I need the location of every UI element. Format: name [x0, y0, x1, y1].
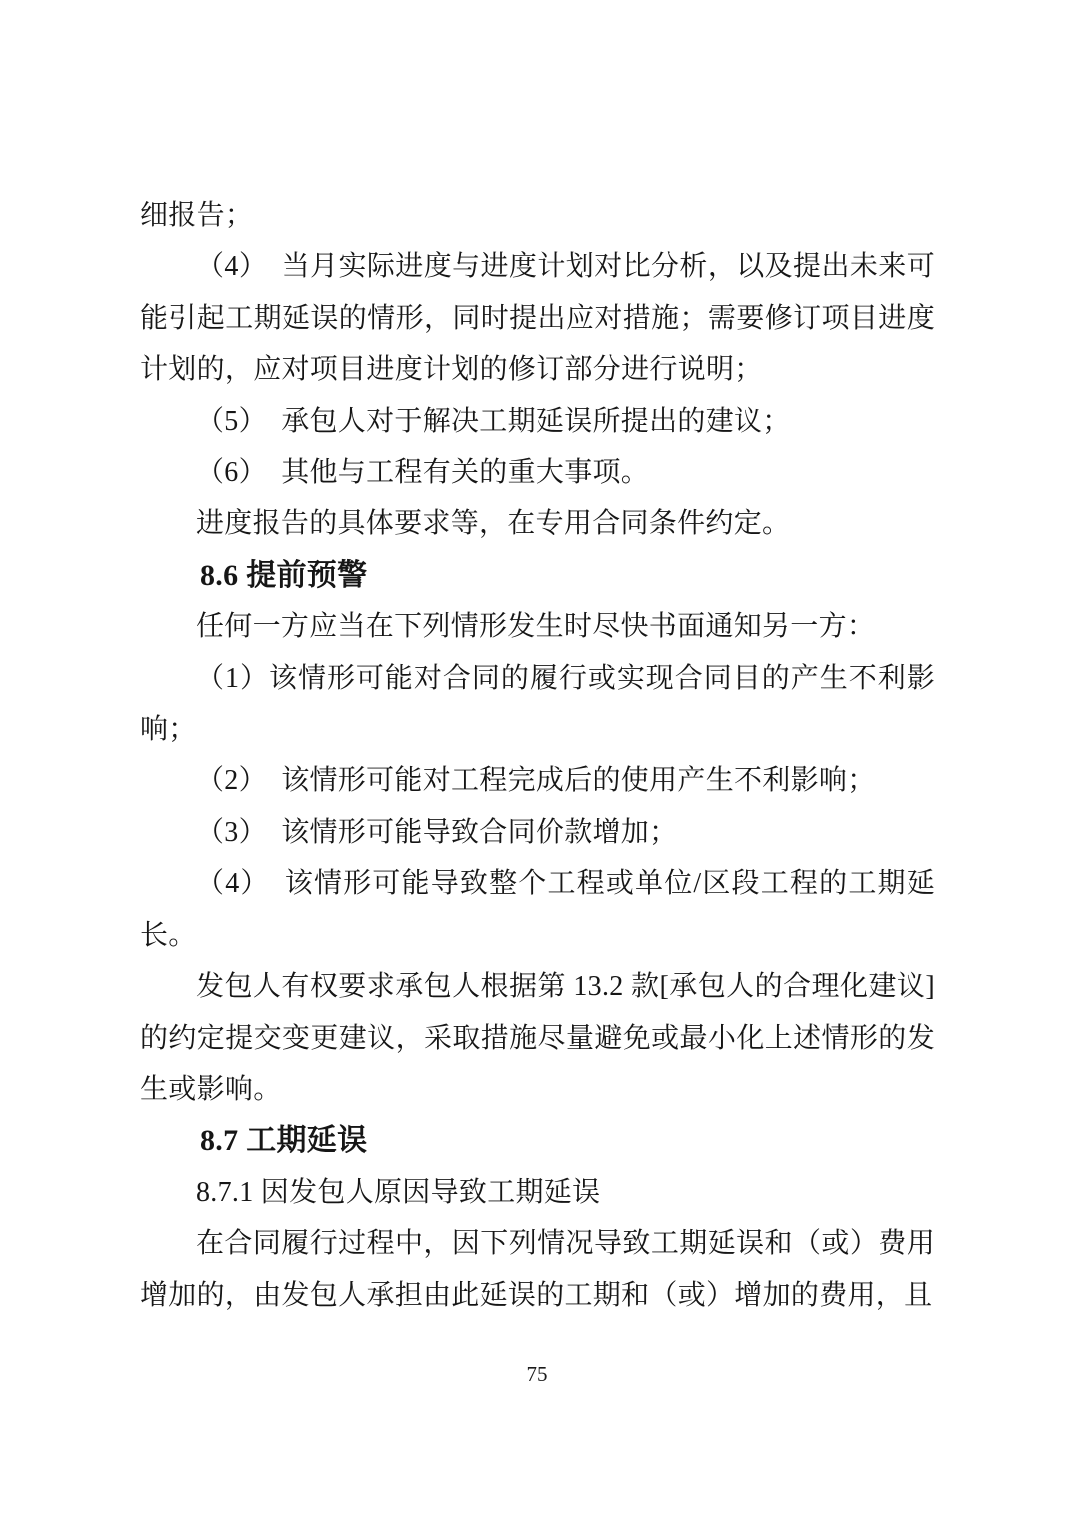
para-progress-report-note: 进度报告的具体要求等，在专用合同条件约定。: [140, 498, 935, 549]
subsection-heading-8-7-1: 8.7.1 因发包人原因导致工期延误: [140, 1167, 935, 1218]
para-progress-item-4: （4） 当月实际进度与进度计划对比分析，以及提出未来可能引起工期延误的情形，同时…: [140, 241, 935, 395]
para-detailed-report-tail: 细报告；: [140, 190, 935, 241]
para-progress-item-6: （6） 其他与工程有关的重大事项。: [140, 447, 935, 498]
para-warning-item-3: （3） 该情形可能导致合同价款增加；: [140, 807, 935, 858]
section-heading-8-7: 8.7 工期延误: [140, 1115, 935, 1166]
section-heading-8-6: 8.6 提前预警: [140, 550, 935, 601]
para-early-warning-intro: 任何一方应当在下列情形发生时尽快书面通知另一方：: [140, 601, 935, 652]
page-number: 75: [0, 1362, 1074, 1387]
para-warning-item-2: （2） 该情形可能对工程完成后的使用产生不利影响；: [140, 755, 935, 806]
page-body-text: 细报告； （4） 当月实际进度与进度计划对比分析，以及提出未来可能引起工期延误的…: [140, 190, 935, 1321]
document-page: 细报告； （4） 当月实际进度与进度计划对比分析，以及提出未来可能引起工期延误的…: [0, 0, 1074, 1520]
para-progress-item-5: （5） 承包人对于解决工期延误所提出的建议；: [140, 396, 935, 447]
para-warning-item-1: （1）该情形可能对合同的履行或实现合同目的产生不利影响；: [140, 653, 935, 756]
para-change-suggestion: 发包人有权要求承包人根据第 13.2 款[承包人的合理化建议]的约定提交变更建议…: [140, 961, 935, 1115]
para-delay-by-employer: 在合同履行过程中，因下列情况导致工期延误和（或）费用增加的，由发包人承担由此延误…: [140, 1218, 935, 1321]
para-warning-item-4: （4） 该情形可能导致整个工程或单位/区段工程的工期延长。: [140, 858, 935, 961]
